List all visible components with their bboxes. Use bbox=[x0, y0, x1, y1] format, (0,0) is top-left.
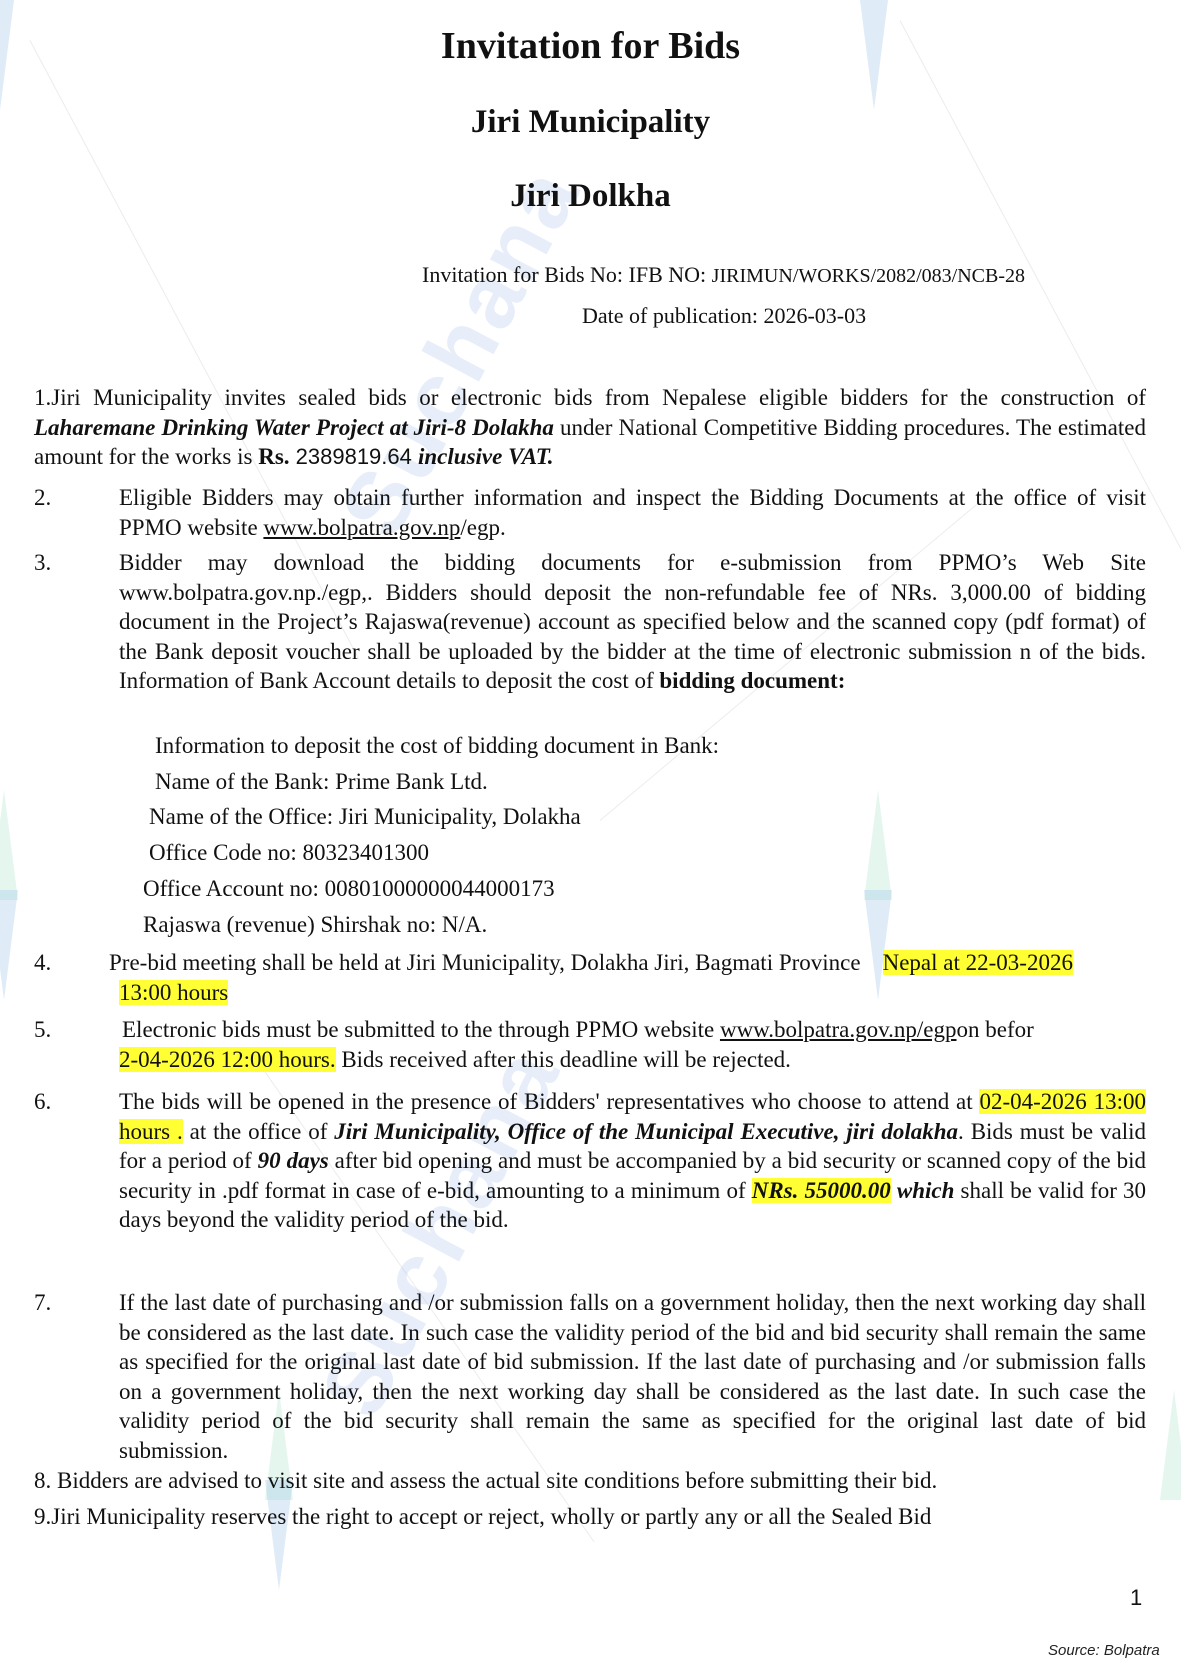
clause-3: Bidder may download the bidding document… bbox=[119, 548, 1146, 696]
office-code: Office Code no: 80323401300 bbox=[149, 840, 429, 866]
clause-number: 3. bbox=[34, 548, 51, 578]
office-account-number: Office Account no: 00801000000044000173 bbox=[143, 876, 555, 902]
page-number: 1 bbox=[1130, 1585, 1142, 1611]
clause-number: 2. bbox=[34, 483, 51, 513]
project-name: Laharemane Drinking Water Project at Jir… bbox=[34, 415, 554, 440]
office-name: Name of the Office: Jiri Municipality, D… bbox=[149, 804, 581, 830]
pre-bid-meeting-date: Nepal at 22-03-2026 bbox=[883, 950, 1073, 975]
clause-4: Pre-bid meeting shall be held at Jiri Mu… bbox=[109, 948, 1146, 1007]
ifb-number-line: Invitation for Bids No: IFB NO: JIRIMUN/… bbox=[422, 262, 1025, 288]
source-credit: Source: Bolpatra bbox=[1048, 1642, 1160, 1659]
clause-7: If the last date of purchasing and /or s… bbox=[119, 1288, 1146, 1465]
submission-deadline: 2-04-2026 12:00 hours. bbox=[119, 1047, 336, 1072]
ifb-number: JIRIMUN/WORKS/2082/083/NCB-28 bbox=[712, 265, 1025, 287]
publication-date-line: Date of publication: 2026-03-03 bbox=[582, 303, 866, 329]
clause-1: 1.Jiri Municipality invites sealed bids … bbox=[34, 383, 1146, 472]
clause-2: Eligible Bidders may obtain further info… bbox=[119, 483, 1146, 542]
clause-number: 6. bbox=[34, 1087, 51, 1117]
clause-5: Electronic bids must be submitted to the… bbox=[122, 1015, 1146, 1074]
watermark-compass-icon bbox=[864, 790, 892, 900]
clause-number: 5. bbox=[34, 1015, 51, 1045]
watermark-compass-icon bbox=[0, 890, 18, 1000]
clause-8: 8. Bidders are advised to visit site and… bbox=[34, 1466, 1146, 1496]
bank-name: Name of the Bank: Prime Bank Ltd. bbox=[155, 769, 488, 795]
estimated-amount: 2389819.64 bbox=[290, 444, 418, 469]
clause-number: 4. bbox=[34, 948, 51, 978]
clause-9: 9.Jiri Municipality reserves the right t… bbox=[34, 1502, 1146, 1532]
organization-location: Jiri Dolkha bbox=[0, 178, 1181, 215]
bid-security-amount: NRs. 55000.00 bbox=[752, 1178, 891, 1203]
rajaswa-shirshak: Rajaswa (revenue) Shirshak no: N/A. bbox=[143, 912, 487, 938]
pre-bid-meeting-time: 13:00 hours bbox=[119, 980, 228, 1005]
bank-info-intro: Information to deposit the cost of biddi… bbox=[155, 733, 719, 759]
watermark-compass-icon bbox=[0, 790, 18, 900]
bolpatra-link[interactable]: www.bolpatra.gov.np bbox=[263, 515, 460, 540]
document-title: Invitation for Bids bbox=[0, 24, 1181, 68]
clause-number: 7. bbox=[34, 1288, 51, 1318]
clause-6: The bids will be opened in the presence … bbox=[119, 1087, 1146, 1235]
organization-name: Jiri Municipality bbox=[0, 104, 1181, 141]
watermark-compass-icon bbox=[265, 1480, 293, 1590]
publication-date: 2026-03-03 bbox=[763, 303, 866, 328]
watermark-compass-icon bbox=[1160, 1390, 1181, 1500]
bolpatra-egp-link[interactable]: www.bolpatra.gov.np/egp bbox=[720, 1017, 957, 1042]
